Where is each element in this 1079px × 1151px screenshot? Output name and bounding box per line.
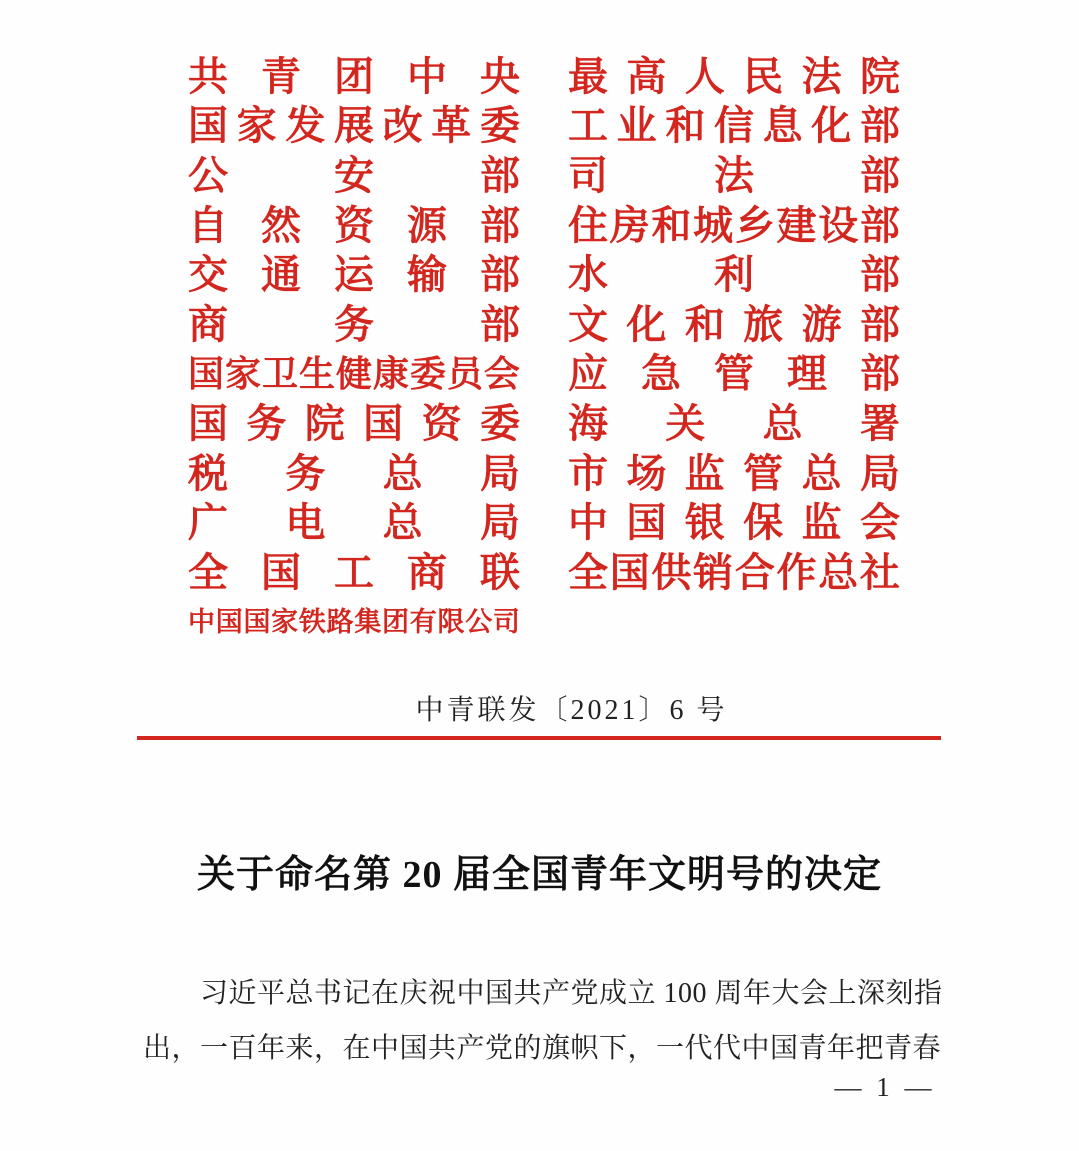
agency-name: 共青团中央 bbox=[188, 57, 520, 97]
agency-row: 国家卫生健康委员会 应急管理部 bbox=[188, 350, 900, 400]
body-paragraph: 习近平总书记在庆祝中国共产党成立 100 周年大会上深刻指 出，一百年来，在中国… bbox=[143, 966, 939, 1076]
red-divider-line bbox=[137, 736, 941, 740]
agency-name: 工业和信息化部 bbox=[568, 106, 900, 146]
agency-name: 税务总局 bbox=[188, 454, 520, 494]
agency-name: 全国工商联 bbox=[188, 553, 520, 593]
agency-name: 全国供销合作总社 bbox=[568, 553, 900, 593]
agency-name: 海关总署 bbox=[568, 404, 900, 444]
page-number: — 1 — bbox=[790, 1072, 980, 1103]
agency-name: 商务部 bbox=[188, 305, 520, 345]
agency-row: 广电总局 中国银保监会 bbox=[188, 498, 900, 548]
body-line: 习近平总书记在庆祝中国共产党成立 100 周年大会上深刻指 bbox=[143, 966, 939, 1021]
agency-name: 交通运输部 bbox=[188, 255, 520, 295]
agency-row: 共青团中央 最高人民法院 bbox=[188, 52, 900, 102]
agency-row: 全国工商联 全国供销合作总社 bbox=[188, 548, 900, 598]
body-line: 出，一百年来，在中国共产党的旗帜下，一代代中国青年把青春 bbox=[143, 1021, 939, 1076]
agency-name: 公安部 bbox=[188, 156, 520, 196]
agency-row: 税务总局 市场监管总局 bbox=[188, 449, 900, 499]
agency-row: 商务部 文化和旅游部 bbox=[188, 300, 900, 350]
agency-name: 中国国家铁路集团有限公司 bbox=[188, 609, 520, 636]
agency-name: 最高人民法院 bbox=[568, 57, 900, 97]
agency-row: 交通运输部 水利部 bbox=[188, 250, 900, 300]
agency-name: 国家卫生健康委员会 bbox=[188, 356, 520, 392]
agency-name: 广电总局 bbox=[188, 503, 520, 543]
agency-row: 国务院国资委 海关总署 bbox=[188, 399, 900, 449]
agency-name: 自然资源部 bbox=[188, 206, 520, 246]
document-number: 中青联发〔2021〕6 号 bbox=[0, 688, 1079, 728]
agency-name: 国务院国资委 bbox=[188, 404, 520, 444]
agency-row: 国家发展改革委 工业和信息化部 bbox=[188, 102, 900, 152]
agency-name: 市场监管总局 bbox=[568, 454, 900, 494]
agency-name: 应急管理部 bbox=[568, 354, 900, 394]
document-page: 共青团中央 最高人民法院 国家发展改革委 工业和信息化部 公安部 司法部 自然资… bbox=[0, 0, 1079, 1151]
agency-row: 自然资源部 住房和城乡建设部 bbox=[188, 201, 900, 251]
agency-row: 公安部 司法部 bbox=[188, 151, 900, 201]
document-title: 关于命名第 20 届全国青年文明号的决定 bbox=[0, 843, 1079, 898]
agency-name: 中国银保监会 bbox=[568, 503, 900, 543]
agency-row: 中国国家铁路集团有限公司 bbox=[188, 598, 900, 648]
agency-name: 司法部 bbox=[568, 156, 900, 196]
agency-name: 国家发展改革委 bbox=[188, 106, 520, 146]
agency-name: 文化和旅游部 bbox=[568, 305, 900, 345]
letterhead-agency-block: 共青团中央 最高人民法院 国家发展改革委 工业和信息化部 公安部 司法部 自然资… bbox=[188, 52, 900, 647]
agency-name: 住房和城乡建设部 bbox=[568, 206, 900, 246]
agency-name: 水利部 bbox=[568, 255, 900, 295]
